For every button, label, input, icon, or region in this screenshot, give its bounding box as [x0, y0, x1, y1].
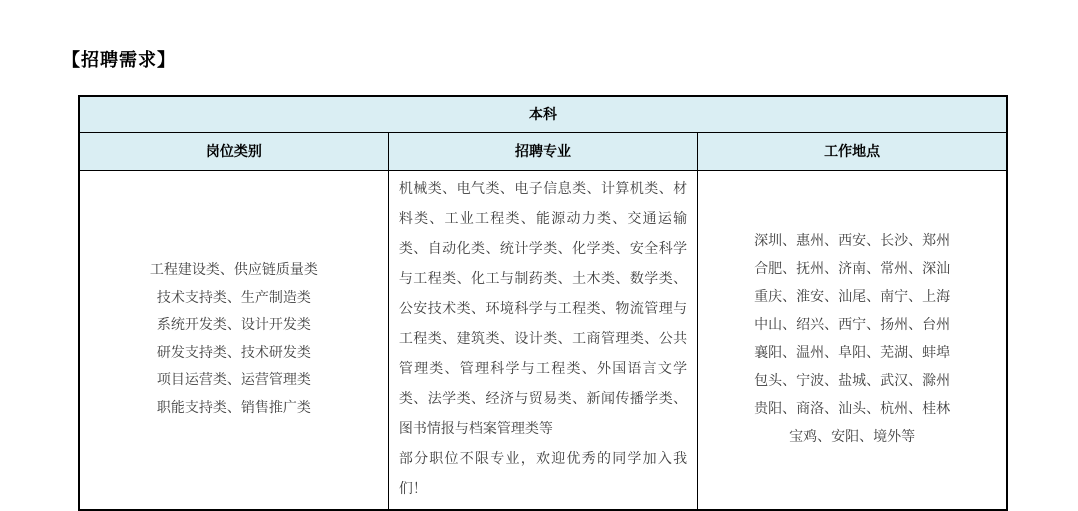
majors-note: 部分职位不限专业，欢迎优秀的同学加入我们！ [399, 445, 687, 505]
recruitment-table: 本科 岗位类别 招聘专业 工作地点 工程建设类、供应链质量类 技术支持类、生产制… [78, 95, 1008, 511]
section-heading: 【招聘需求】 [62, 46, 176, 72]
table-title: 本科 [79, 96, 1007, 132]
table-body-row: 工程建设类、供应链质量类 技术支持类、生产制造类 系统开发类、设计开发类 研发支… [79, 170, 1007, 510]
job-category-line: 系统开发类、设计开发类 [81, 312, 387, 340]
location-line: 中山、绍兴、西宁、扬州、台州 [699, 312, 1005, 340]
job-category-line: 职能支持类、销售推广类 [81, 395, 387, 423]
job-category-line: 技术支持类、生产制造类 [81, 285, 387, 313]
location-line: 合肥、抚州、济南、常州、深汕 [699, 256, 1005, 284]
table-title-row: 本科 [79, 96, 1007, 132]
majors-paragraph: 机械类、电气类、电子信息类、计算机类、材料类、工业工程类、能源动力类、交通运输类… [399, 175, 687, 445]
column-header-majors: 招聘专业 [388, 132, 697, 170]
job-category-line: 项目运营类、运营管理类 [81, 367, 387, 395]
location-line: 深圳、惠州、西安、长沙、郑州 [699, 228, 1005, 256]
location-line: 包头、宁波、盐城、武汉、滁州 [699, 368, 1005, 396]
location-line: 襄阳、温州、阜阳、芜湖、蚌埠 [699, 340, 1005, 368]
column-header-job-category: 岗位类别 [79, 132, 388, 170]
job-category-line: 工程建设类、供应链质量类 [81, 257, 387, 285]
table-header-row: 岗位类别 招聘专业 工作地点 [79, 132, 1007, 170]
column-header-locations: 工作地点 [698, 132, 1007, 170]
location-line: 重庆、淮安、汕尾、南宁、上海 [699, 284, 1005, 312]
job-category-line: 研发支持类、技术研发类 [81, 340, 387, 368]
location-line: 宝鸡、安阳、境外等 [699, 424, 1005, 452]
majors-cell: 机械类、电气类、电子信息类、计算机类、材料类、工业工程类、能源动力类、交通运输类… [388, 170, 697, 510]
locations-cell: 深圳、惠州、西安、长沙、郑州 合肥、抚州、济南、常州、深汕 重庆、淮安、汕尾、南… [698, 170, 1007, 510]
location-line: 贵阳、商洛、汕头、杭州、桂林 [699, 396, 1005, 424]
job-categories-cell: 工程建设类、供应链质量类 技术支持类、生产制造类 系统开发类、设计开发类 研发支… [79, 170, 388, 510]
